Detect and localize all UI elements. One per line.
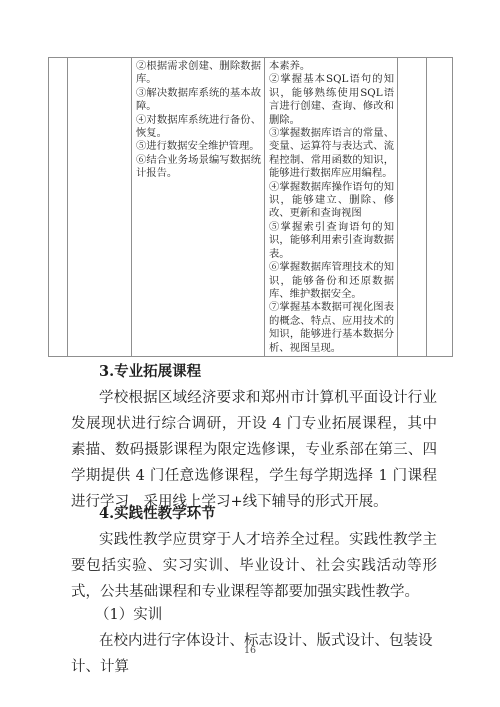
course-requirement-item: ⑥掌握数据库管理技术的知识，能够备份和还原数据库、维护数据安全。 xyxy=(269,261,394,301)
course-task-item: ③解决数据库系统的基本故障。 xyxy=(136,87,261,114)
section-3-paragraph: 学校根据区域经济要求和郑州市计算机平面设计行业发展现状进行综合调研，开设 4 门… xyxy=(71,385,437,515)
course-task-item: ⑥结合业务场景编写数据统计报告。 xyxy=(136,154,261,181)
course-requirement-item: 本素养。 xyxy=(269,60,394,73)
course-requirement-item: ③掌握数据库语言的常量、变量、运算符与表达式、流程控制、常用函数的知识，能够进行… xyxy=(269,127,394,181)
table-cell-course-tasks: ②根据需求创建、删除数据库。③解决数据库系统的基本故障。④对数据库系统进行备份、… xyxy=(132,58,265,356)
course-requirement-item: ②掌握基本SQL语句的知识，能够熟练使用SQL语言进行创建、查询、修改和删除。 xyxy=(269,73,394,127)
table-cell-course-requirements: 本素养。②掌握基本SQL语句的知识，能够熟练使用SQL语言进行创建、查询、修改和… xyxy=(265,58,398,356)
course-requirement-item: ⑤掌握索引查询语句的知识，能够利用索引查询数据表。 xyxy=(269,221,394,261)
section-4-paragraph: 实践性教学应贯穿于人才培养全过程。实践性教学主要包括实验、实习实训、毕业设计、社… xyxy=(71,527,437,605)
course-task-item: ⑤进行数据安全维护管理。 xyxy=(136,140,261,153)
document-page: ②根据需求创建、删除数据库。③解决数据库系统的基本故障。④对数据库系统进行备份、… xyxy=(0,0,500,707)
section-3-heading: 3.专业拓展课程 xyxy=(71,359,465,385)
table-cell-empty-4 xyxy=(427,58,452,356)
table-cell-empty-2 xyxy=(68,58,132,356)
page-number: 16 xyxy=(0,645,500,656)
table-cell-empty-1 xyxy=(49,58,68,356)
course-table: ②根据需求创建、删除数据库。③解决数据库系统的基本故障。④对数据库系统进行备份、… xyxy=(48,57,453,357)
course-task-item: ④对数据库系统进行备份、恢复。 xyxy=(136,114,261,141)
course-task-item: ②根据需求创建、删除数据库。 xyxy=(136,60,261,87)
course-requirement-item: ⑦掌握基本数据可视化图表的概念、特点、应用技术的知识，能够进行基本数据分析、视图… xyxy=(269,301,394,355)
course-requirement-item: ④掌握数据库操作语句的知识，能够建立、删除、修改、更新和查询视图 xyxy=(269,181,394,221)
section-4-heading: 4.实践性教学环节 xyxy=(71,501,465,527)
section-4-subheading-shixun: （1）实训 xyxy=(71,602,461,628)
table-cell-empty-3 xyxy=(398,58,427,356)
